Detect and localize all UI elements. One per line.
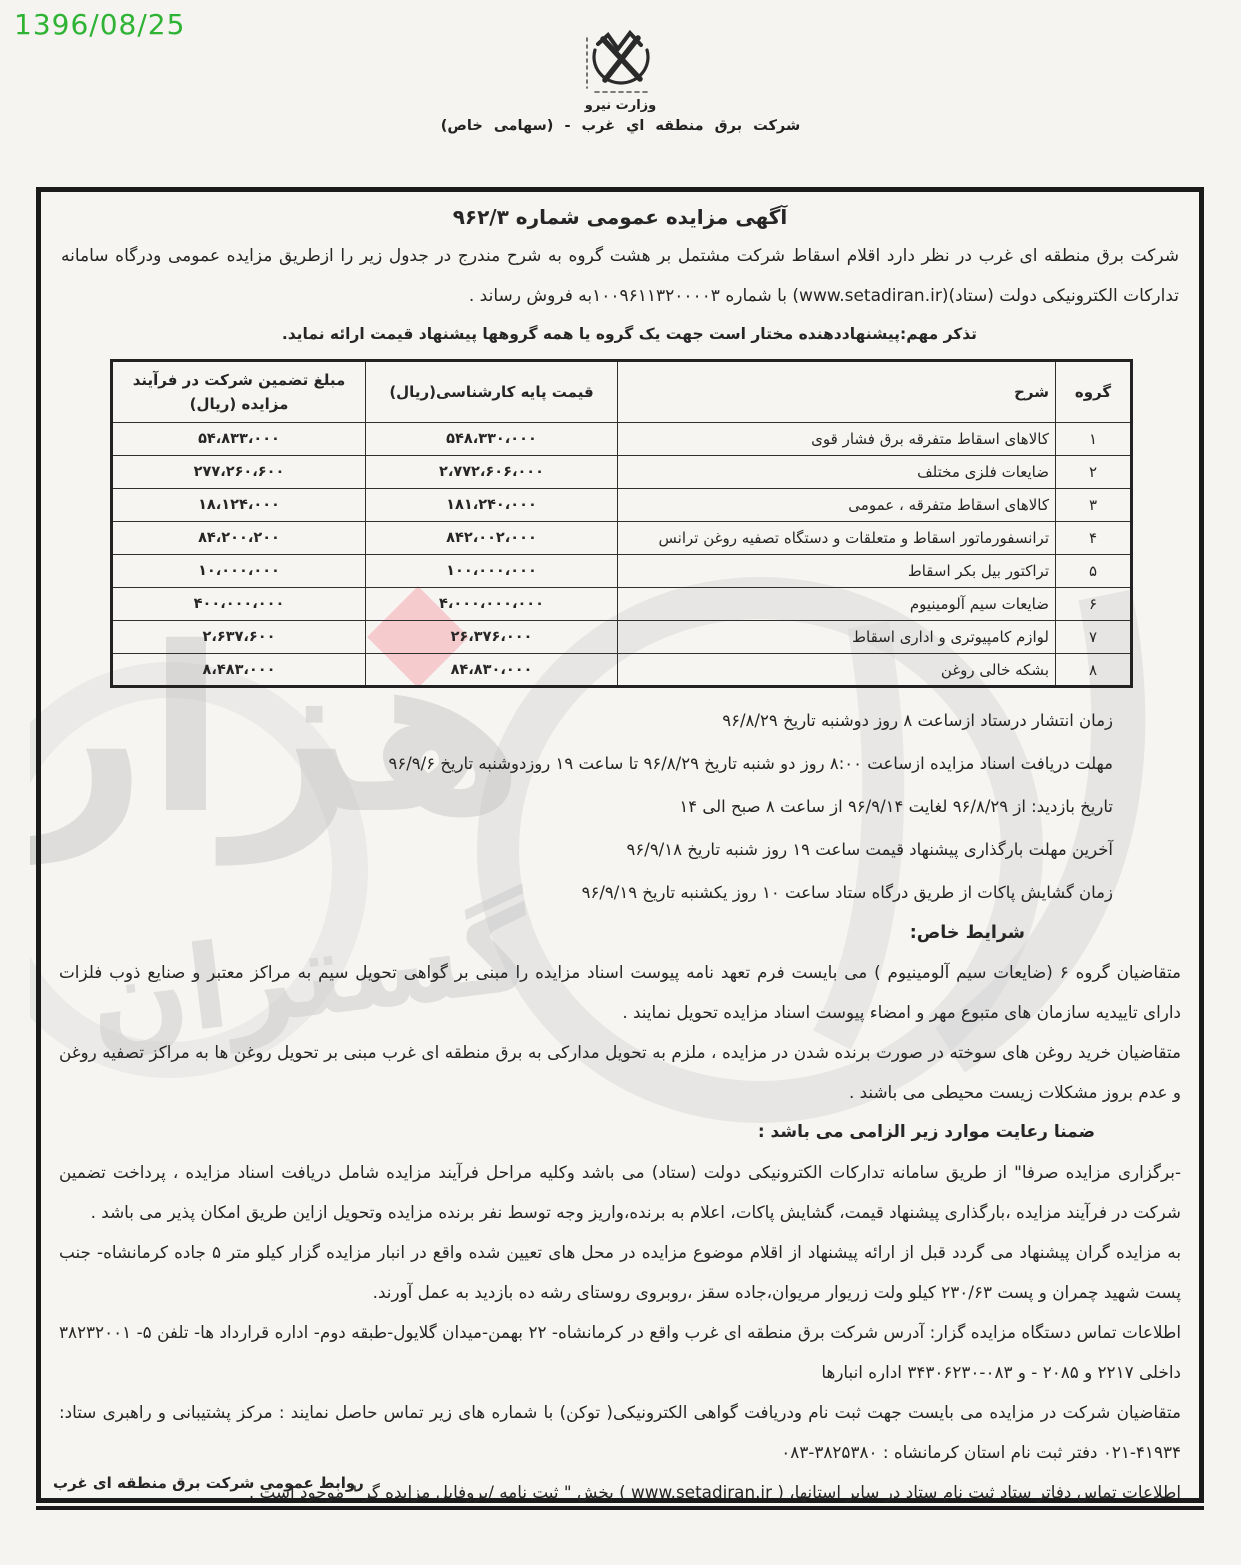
schedule-line: زمان گشایش پاکات از طریق درگاه ستاد ساعت… xyxy=(55,871,1185,914)
special-terms-paragraph: متقاضیان خرید روغن های سوخته در صورت برن… xyxy=(59,1032,1181,1112)
header-base-price: قیمت پایه کارشناسی(ریال) xyxy=(366,361,618,423)
mandatory-paragraph: متقاضیان شرکت در مزایده می بایست جهت ثبت… xyxy=(59,1392,1181,1472)
cell-group: ۱ xyxy=(1056,423,1132,456)
cell-guarantee: ۴۰۰،۰۰۰،۰۰۰ xyxy=(112,588,366,621)
cell-description: ترانسفورماتور اسقاط و متعلقات و دستگاه ت… xyxy=(618,522,1056,555)
cell-guarantee: ۱۰،۰۰۰،۰۰۰ xyxy=(112,555,366,588)
table-row: ۸ بشکه خالی روغن ۸۴،۸۳۰،۰۰۰ ۸،۴۸۳،۰۰۰ xyxy=(112,654,1132,687)
cell-base-price: ۱۰۰،۰۰۰،۰۰۰ xyxy=(366,555,618,588)
ministry-logo-wrap xyxy=(0,30,1241,96)
schedule-block: زمان انتشار درستاد ازساعت ۸ روز دوشنبه ت… xyxy=(55,699,1185,914)
cell-base-price: ۲،۷۷۲،۶۰۶،۰۰۰ xyxy=(366,456,618,489)
cell-guarantee: ۸۴،۲۰۰،۲۰۰ xyxy=(112,522,366,555)
cell-group: ۴ xyxy=(1056,522,1132,555)
table-row: ۵ تراکتور بیل بکر اسقاط ۱۰۰،۰۰۰،۰۰۰ ۱۰،۰… xyxy=(112,555,1132,588)
scan-date-stamp: 1396/08/25 xyxy=(14,8,185,41)
cell-guarantee: ۱۸،۱۲۴،۰۰۰ xyxy=(112,489,366,522)
special-terms-paragraph: متقاضیان گروه ۶ (ضایعات سیم آلومینیوم ) … xyxy=(59,952,1181,1032)
cell-description: کالاهای اسقاط متفرقه ، عمومی xyxy=(618,489,1056,522)
cell-group: ۲ xyxy=(1056,456,1132,489)
table-row: ۷ لوازم کامپیوتری و اداری اسقاط ۲۶،۳۷۶،۰… xyxy=(112,621,1132,654)
table-row: ۳ کالاهای اسقاط متفرقه ، عمومی ۱۸۱،۲۴۰،۰… xyxy=(112,489,1132,522)
cell-group: ۵ xyxy=(1056,555,1132,588)
intro-paragraph: شرکت برق منطقه ای غرب در نظر دارد اقلام … xyxy=(61,236,1179,316)
notice-content: آگهی مزایده عمومی شماره ۹۶۲/۳ شرکت برق م… xyxy=(41,192,1199,1498)
cell-base-price: ۸۴،۸۳۰،۰۰۰ xyxy=(366,654,618,687)
cell-description: تراکتور بیل بکر اسقاط xyxy=(618,555,1056,588)
mandatory-paragraph: اطلاعات تماس دستگاه مزایده گزار: آدرس شر… xyxy=(59,1312,1181,1392)
schedule-line: تاریخ بازدید: از ۹۶/۸/۲۹ لغایت ۹۶/۹/۱۴ ا… xyxy=(55,785,1185,828)
cell-group: ۷ xyxy=(1056,621,1132,654)
masthead: وزارت نیرو شرکت برق منطقه اي غرب - (سهام… xyxy=(0,30,1241,134)
cell-guarantee: ۲۷۷،۲۶۰،۶۰۰ xyxy=(112,456,366,489)
cell-description: کالاهای اسقاط متفرقه برق فشار قوی xyxy=(618,423,1056,456)
company-name: شرکت برق منطقه اي غرب - (سهامی خاص) xyxy=(0,118,1241,134)
cell-group: ۶ xyxy=(1056,588,1132,621)
cell-group: ۸ xyxy=(1056,654,1132,687)
cell-description: بشکه خالی روغن xyxy=(618,654,1056,687)
important-note: تذکر مهم:پیشنهاددهنده مختار است جهت یک گ… xyxy=(55,317,977,351)
auction-groups-table: گروه شرح قیمت پایه کارشناسی(ریال) مبلغ ت… xyxy=(110,359,1133,688)
cell-description: لوازم کامپیوتری و اداری اسقاط xyxy=(618,621,1056,654)
mandatory-heading: ضمنا رعایت موارد زیر الزامی می باشد : xyxy=(55,1112,1185,1152)
cell-base-price: ۲۶،۳۷۶،۰۰۰ xyxy=(366,621,618,654)
mandatory-paragraph: -برگزاری مزایده صرفا" از طریق سامانه تدا… xyxy=(59,1152,1181,1232)
table-row: ۲ ضایعات فلزی مختلف ۲،۷۷۲،۶۰۶،۰۰۰ ۲۷۷،۲۶… xyxy=(112,456,1132,489)
table-header-row: گروه شرح قیمت پایه کارشناسی(ریال) مبلغ ت… xyxy=(112,361,1132,423)
cell-base-price: ۱۸۱،۲۴۰،۰۰۰ xyxy=(366,489,618,522)
header-description: شرح xyxy=(618,361,1056,423)
schedule-line: مهلت دریافت اسناد مزایده ازساعت ۸:۰۰ روز… xyxy=(55,742,1185,785)
cell-base-price: ۵۴۸،۳۳۰،۰۰۰ xyxy=(366,423,618,456)
ministry-name: وزارت نیرو xyxy=(0,98,1241,113)
mandatory-paragraph: به مزایده گران پیشنهاد می گردد قبل از ار… xyxy=(59,1232,1181,1312)
notice-title: آگهی مزایده عمومی شماره ۹۶۲/۳ xyxy=(55,202,1185,232)
cell-guarantee: ۵۴،۸۳۳،۰۰۰ xyxy=(112,423,366,456)
table-row: ۴ ترانسفورماتور اسقاط و متعلقات و دستگاه… xyxy=(112,522,1132,555)
notice-frame: آگهی مزایده عمومی شماره ۹۶۲/۳ شرکت برق م… xyxy=(36,187,1204,1503)
special-terms-heading: شرایط خاص: xyxy=(55,914,1185,952)
cell-group: ۳ xyxy=(1056,489,1132,522)
schedule-line: آخرین مهلت بارگذاری پیشنهاد قیمت ساعت ۱۹… xyxy=(55,828,1185,871)
table-row: ۶ ضایعات سیم آلومینیوم ۴،۰۰۰،۰۰۰،۰۰۰ ۴۰۰… xyxy=(112,588,1132,621)
cell-description: ضایعات فلزی مختلف xyxy=(618,456,1056,489)
cell-guarantee: ۸،۴۸۳،۰۰۰ xyxy=(112,654,366,687)
cell-guarantee: ۲،۶۳۷،۶۰۰ xyxy=(112,621,366,654)
ministry-of-energy-logo-icon xyxy=(581,30,661,96)
schedule-line: زمان انتشار درستاد ازساعت ۸ روز دوشنبه ت… xyxy=(55,699,1185,742)
header-guarantee: مبلغ تضمین شرکت در فرآیند مزایده (ریال) xyxy=(112,361,366,423)
header-group: گروه xyxy=(1056,361,1132,423)
cell-base-price: ۴،۰۰۰،۰۰۰،۰۰۰ xyxy=(366,588,618,621)
table-row: ۱ کالاهای اسقاط متفرقه برق فشار قوی ۵۴۸،… xyxy=(112,423,1132,456)
footer-signature: روابط عمومی شرکت برق منطقه ای غرب xyxy=(53,1474,364,1492)
cell-base-price: ۸۴۲،۰۰۲،۰۰۰ xyxy=(366,522,618,555)
cell-description: ضایعات سیم آلومینیوم xyxy=(618,588,1056,621)
